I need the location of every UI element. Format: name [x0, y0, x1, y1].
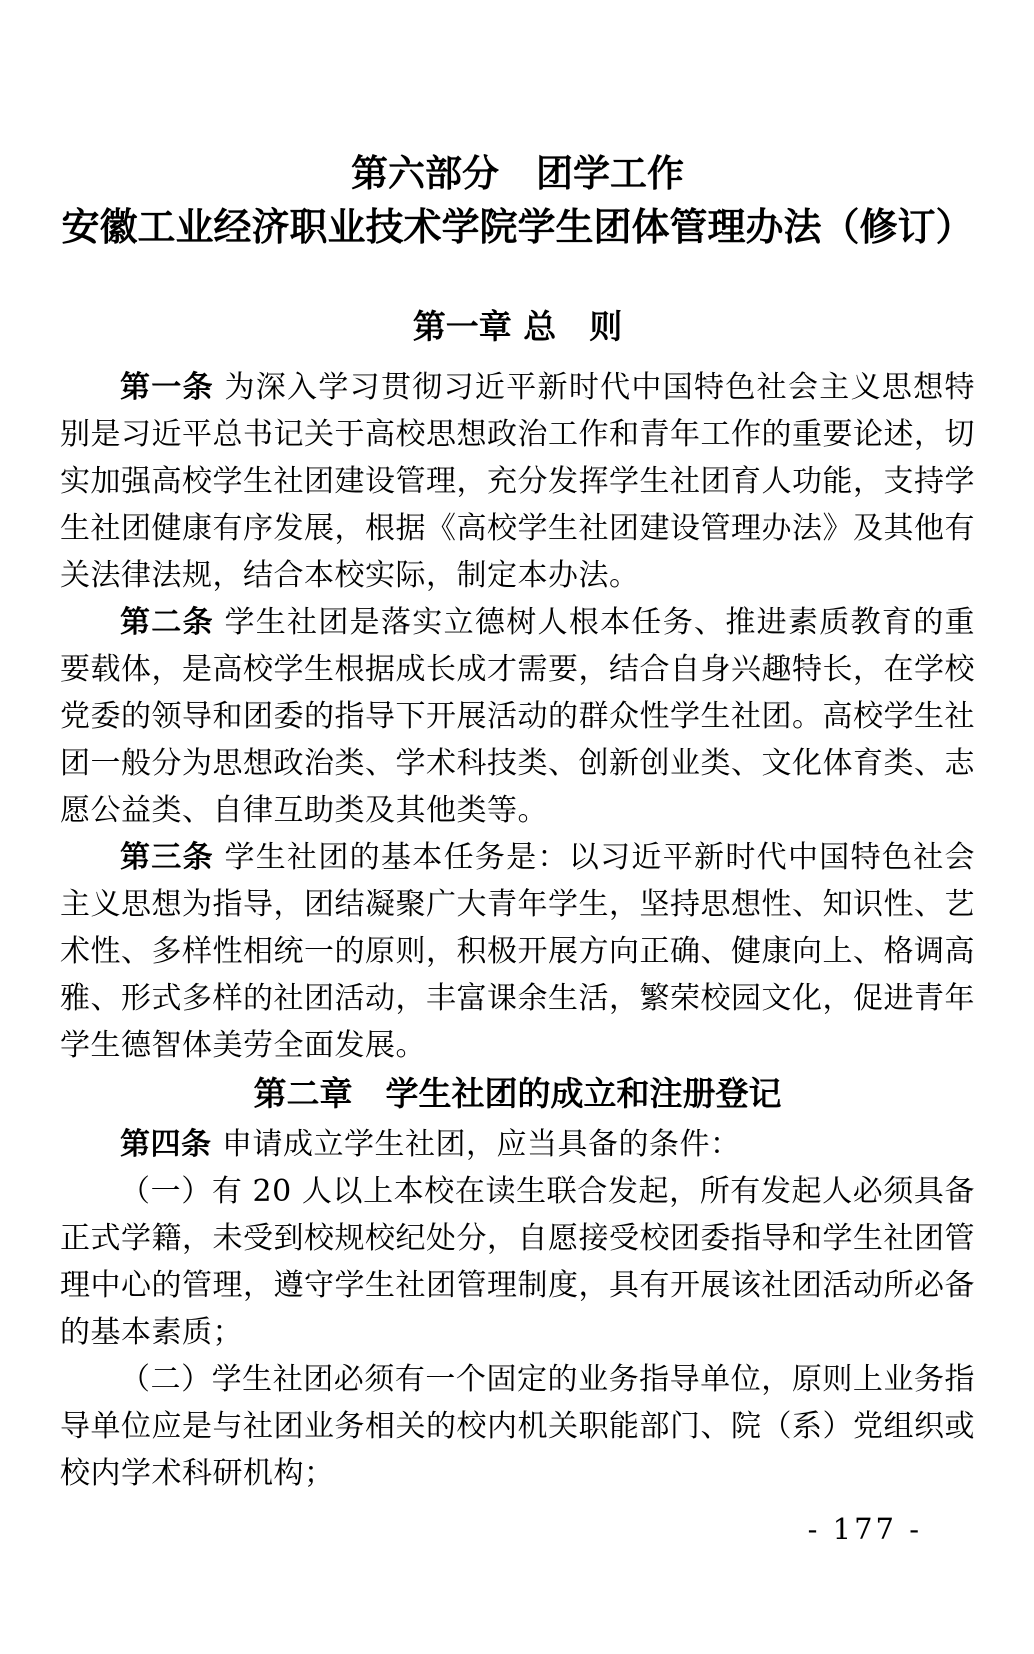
document-header: 第六部分 团学工作 安徽工业经济职业技术学院学生团体管理办法（修订） [60, 150, 975, 254]
condition-item-2: （二）学生社团必须有一个固定的业务指导单位，原则上业务指导单位应是与社团业务相关… [60, 1356, 975, 1497]
article-4-number: 第四条 [120, 1127, 212, 1162]
document-body: 第一章 总 则 第一条为深入学习贯彻习近平新时代中国特色社会主义思想特别是习近平… [60, 304, 975, 1497]
article-1: 第一条为深入学习贯彻习近平新时代中国特色社会主义思想特别是习近平总书记关于高校思… [60, 364, 975, 599]
article-4-text: 申请成立学生社团，应当具备的条件： [222, 1127, 741, 1162]
article-3: 第三条学生社团的基本任务是：以习近平新时代中国特色社会主义思想为指导，团结凝聚广… [60, 834, 975, 1069]
chapter-2-heading: 第二章 学生社团的成立和注册登记 [60, 1071, 975, 1117]
article-4: 第四条申请成立学生社团，应当具备的条件： [60, 1121, 975, 1168]
article-2-number: 第二条 [120, 605, 214, 640]
condition-item-2-label: （二） [120, 1362, 212, 1397]
condition-item-1-label: （一） [120, 1174, 212, 1209]
article-2: 第二条学生社团是落实立德树人根本任务、推进素质教育的重要载体，是高校学生根据成长… [60, 599, 975, 834]
article-3-number: 第三条 [120, 840, 214, 875]
part-title: 第六部分 团学工作 [60, 150, 975, 198]
condition-item-1: （一）有 20 人以上本校在读生联合发起，所有发起人必须具备正式学籍，未受到校规… [60, 1168, 975, 1356]
page-number: - 177 - [808, 1512, 922, 1546]
chapter-1-heading: 第一章 总 则 [60, 304, 975, 350]
document-content: 第六部分 团学工作 安徽工业经济职业技术学院学生团体管理办法（修订） 第一章 总… [0, 0, 1034, 1497]
doc-title: 安徽工业经济职业技术学院学生团体管理办法（修订） [60, 200, 975, 254]
document-page: 第六部分 团学工作 安徽工业经济职业技术学院学生团体管理办法（修订） 第一章 总… [0, 0, 1034, 1654]
article-1-number: 第一条 [120, 370, 214, 405]
